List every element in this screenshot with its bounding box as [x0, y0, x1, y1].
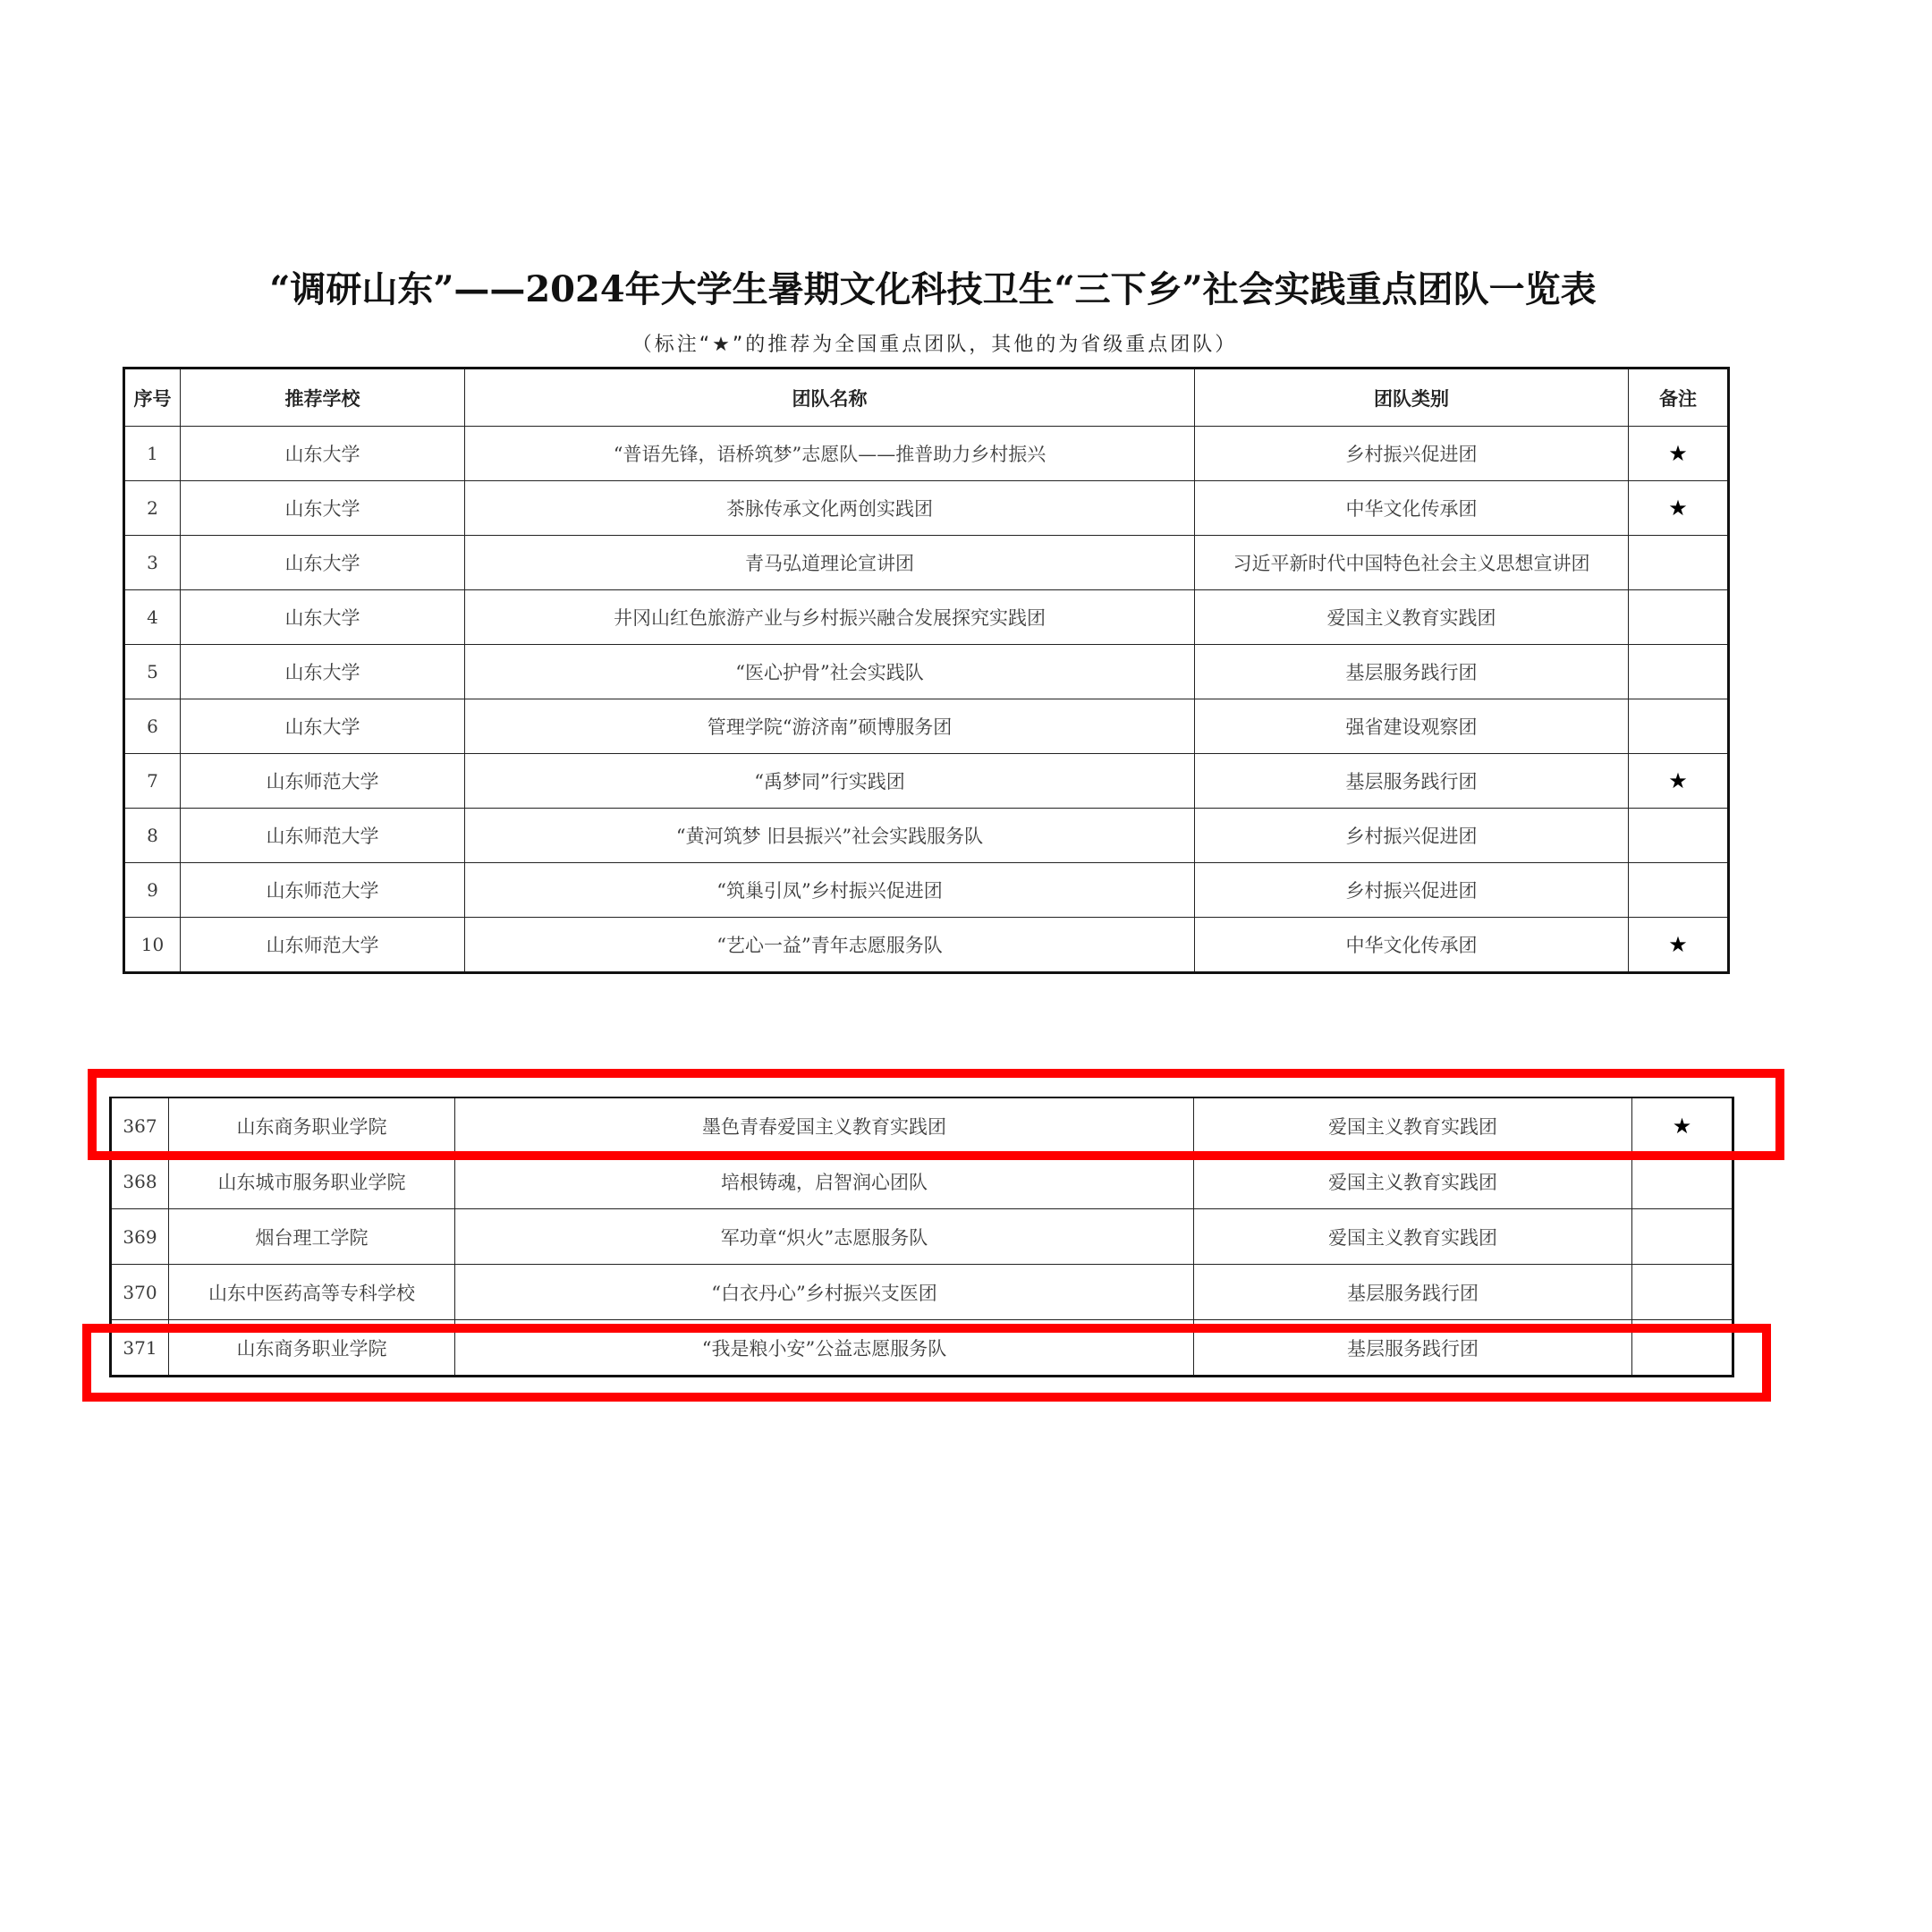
team-name-cell: 培根铸魂，启智润心团队	[455, 1154, 1194, 1209]
row-number: 7	[124, 754, 181, 809]
note-cell	[1632, 1154, 1733, 1209]
team-name-cell: 茶脉传承文化两创实践团	[465, 481, 1195, 536]
school-cell: 山东商务职业学院	[169, 1097, 455, 1154]
team-name-cell: 墨色青春爱国主义教育实践团	[455, 1097, 1194, 1154]
table-row: 8山东师范大学“黄河筑梦 旧县振兴”社会实践服务队乡村振兴促进团	[124, 809, 1729, 863]
row-number: 371	[111, 1320, 169, 1377]
note-cell	[1629, 809, 1729, 863]
team-category-cell: 乡村振兴促进团	[1195, 427, 1629, 481]
team-category-cell: 乡村振兴促进团	[1195, 863, 1629, 918]
team-category-cell: 基层服务践行团	[1195, 754, 1629, 809]
team-name-cell: “普语先锋，语桥筑梦”志愿队——推普助力乡村振兴	[465, 427, 1195, 481]
table-row: 5山东大学“医心护骨”社会实践队基层服务践行团	[124, 645, 1729, 699]
document-title: “调研山东”——2024年大学生暑期文化科技卫生“三下乡”社会实践重点团队一览表	[0, 261, 1866, 312]
table-row: 369烟台理工学院军功章“炽火”志愿服务队爱国主义教育实践团	[111, 1209, 1733, 1265]
team-name-cell: “医心护骨”社会实践队	[465, 645, 1195, 699]
team-category-cell: 中华文化传承团	[1195, 481, 1629, 536]
note-cell	[1629, 863, 1729, 918]
table-row: 4山东大学井冈山红色旅游产业与乡村振兴融合发展探究实践团爱国主义教育实践团	[124, 590, 1729, 645]
note-cell	[1629, 590, 1729, 645]
school-cell: 山东大学	[181, 590, 465, 645]
team-name-cell: “筑巢引凤”乡村振兴促进团	[465, 863, 1195, 918]
table-row: 367山东商务职业学院墨色青春爱国主义教育实践团爱国主义教育实践团★	[111, 1097, 1733, 1154]
teams-table-top: 序号 推荐学校 团队名称 团队类别 备注 1山东大学“普语先锋，语桥筑梦”志愿队…	[123, 367, 1730, 974]
school-cell: 山东师范大学	[181, 863, 465, 918]
star-icon: ★	[1629, 481, 1729, 536]
table-row: 370山东中医药高等专科学校“白衣丹心”乡村振兴支医团基层服务践行团	[111, 1265, 1733, 1320]
star-icon: ★	[1632, 1097, 1733, 1154]
team-name-cell: “黄河筑梦 旧县振兴”社会实践服务队	[465, 809, 1195, 863]
team-name-cell: “我是粮小安”公益志愿服务队	[455, 1320, 1194, 1377]
team-category-cell: 爱国主义教育实践团	[1195, 590, 1629, 645]
team-category-cell: 乡村振兴促进团	[1195, 809, 1629, 863]
team-category-cell: 爱国主义教育实践团	[1194, 1097, 1632, 1154]
teams-table-bottom: 367山东商务职业学院墨色青春爱国主义教育实践团爱国主义教育实践团★368山东城…	[109, 1097, 1734, 1377]
document-subtitle: （标注“★”的推荐为全国重点团队，其他的为省级重点团队）	[0, 329, 1869, 357]
table-row: 6山东大学管理学院“游济南”硕博服务团强省建设观察团	[124, 699, 1729, 754]
row-number: 8	[124, 809, 181, 863]
table-header-row: 序号 推荐学校 团队名称 团队类别 备注	[124, 369, 1729, 427]
row-number: 1	[124, 427, 181, 481]
header-note: 备注	[1629, 369, 1729, 427]
star-icon: ★	[1629, 754, 1729, 809]
team-category-cell: 爱国主义教育实践团	[1194, 1209, 1632, 1265]
school-cell: 山东大学	[181, 481, 465, 536]
header-team: 团队名称	[465, 369, 1195, 427]
team-name-cell: 军功章“炽火”志愿服务队	[455, 1209, 1194, 1265]
table-row: 9山东师范大学“筑巢引凤”乡村振兴促进团乡村振兴促进团	[124, 863, 1729, 918]
header-category: 团队类别	[1195, 369, 1629, 427]
school-cell: 山东大学	[181, 645, 465, 699]
row-number: 367	[111, 1097, 169, 1154]
note-cell	[1629, 645, 1729, 699]
team-category-cell: 强省建设观察团	[1195, 699, 1629, 754]
row-number: 9	[124, 863, 181, 918]
team-category-cell: 基层服务践行团	[1194, 1320, 1632, 1377]
team-category-cell: 基层服务践行团	[1194, 1265, 1632, 1320]
school-cell: 山东大学	[181, 536, 465, 590]
team-name-cell: 管理学院“游济南”硕博服务团	[465, 699, 1195, 754]
school-cell: 山东师范大学	[181, 809, 465, 863]
table-row: 371山东商务职业学院“我是粮小安”公益志愿服务队基层服务践行团	[111, 1320, 1733, 1377]
team-name-cell: 井冈山红色旅游产业与乡村振兴融合发展探究实践团	[465, 590, 1195, 645]
team-name-cell: 青马弘道理论宣讲团	[465, 536, 1195, 590]
row-number: 5	[124, 645, 181, 699]
note-cell	[1632, 1265, 1733, 1320]
team-category-cell: 基层服务践行团	[1195, 645, 1629, 699]
school-cell: 山东师范大学	[181, 754, 465, 809]
team-name-cell: “白衣丹心”乡村振兴支医团	[455, 1265, 1194, 1320]
school-cell: 山东大学	[181, 427, 465, 481]
school-cell: 山东城市服务职业学院	[169, 1154, 455, 1209]
team-category-cell: 爱国主义教育实践团	[1194, 1154, 1632, 1209]
table-row: 7山东师范大学“禹梦同”行实践团基层服务践行团★	[124, 754, 1729, 809]
school-cell: 山东中医药高等专科学校	[169, 1265, 455, 1320]
school-cell: 山东大学	[181, 699, 465, 754]
header-no: 序号	[124, 369, 181, 427]
row-number: 6	[124, 699, 181, 754]
star-icon: ★	[1629, 427, 1729, 481]
row-number: 3	[124, 536, 181, 590]
note-cell	[1632, 1320, 1733, 1377]
table-row: 368山东城市服务职业学院培根铸魂，启智润心团队爱国主义教育实践团	[111, 1154, 1733, 1209]
row-number: 369	[111, 1209, 169, 1265]
note-cell	[1629, 536, 1729, 590]
star-icon: ★	[1629, 918, 1729, 973]
school-cell: 山东商务职业学院	[169, 1320, 455, 1377]
note-cell	[1629, 699, 1729, 754]
row-number: 4	[124, 590, 181, 645]
table-row: 2山东大学茶脉传承文化两创实践团中华文化传承团★	[124, 481, 1729, 536]
row-number: 2	[124, 481, 181, 536]
table-row: 1山东大学“普语先锋，语桥筑梦”志愿队——推普助力乡村振兴乡村振兴促进团★	[124, 427, 1729, 481]
team-category-cell: 习近平新时代中国特色社会主义思想宣讲团	[1195, 536, 1629, 590]
team-category-cell: 中华文化传承团	[1195, 918, 1629, 973]
table-row: 10山东师范大学“艺心一益”青年志愿服务队中华文化传承团★	[124, 918, 1729, 973]
school-cell: 烟台理工学院	[169, 1209, 455, 1265]
row-number: 370	[111, 1265, 169, 1320]
school-cell: 山东师范大学	[181, 918, 465, 973]
note-cell	[1632, 1209, 1733, 1265]
row-number: 10	[124, 918, 181, 973]
team-name-cell: “艺心一益”青年志愿服务队	[465, 918, 1195, 973]
header-school: 推荐学校	[181, 369, 465, 427]
row-number: 368	[111, 1154, 169, 1209]
table-row: 3山东大学青马弘道理论宣讲团习近平新时代中国特色社会主义思想宣讲团	[124, 536, 1729, 590]
team-name-cell: “禹梦同”行实践团	[465, 754, 1195, 809]
